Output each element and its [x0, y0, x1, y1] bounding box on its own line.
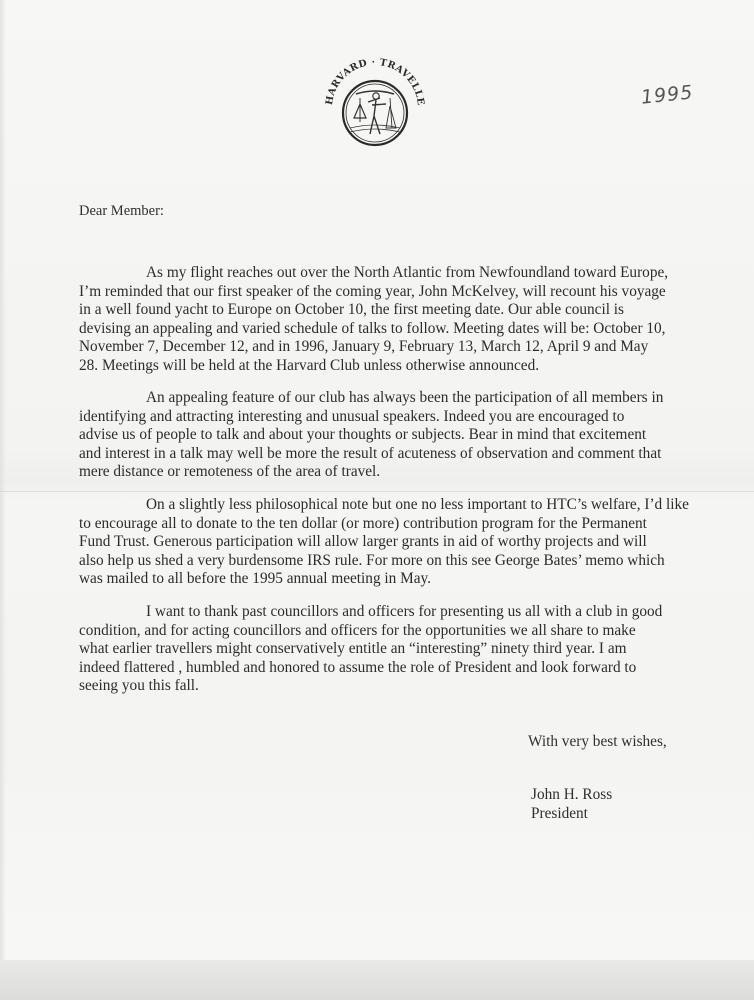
closing-line: With very best wishes,: [528, 733, 667, 751]
text-line: I want to thank past councillors and off…: [79, 603, 719, 622]
text-line: indeed flattered , humbled and honored t…: [79, 659, 719, 678]
paragraph-fund-trust: On a slightly less philosophical note bu…: [79, 496, 719, 589]
letter-page: HARVARD · TRAVELLERS · CLUB 1995 Dear Me…: [0, 0, 754, 1000]
text-line: November 7, December 12, and in 1996, Ja…: [79, 338, 719, 357]
text-line: in a well found yacht to Europe on Octob…: [79, 301, 719, 320]
handwritten-year-annotation: 1995: [640, 81, 694, 108]
text-line: As my flight reaches out over the North …: [79, 264, 719, 283]
text-line: what earlier travellers might conservati…: [79, 640, 719, 659]
paragraph-member-participation: An appealing feature of our club has alw…: [79, 389, 719, 482]
text-line: was mailed to all before the 1995 annual…: [79, 570, 719, 589]
signature-block: John H. Ross President: [531, 786, 612, 823]
text-line: identifying and attracting interesting a…: [79, 408, 719, 427]
signer-title: President: [531, 805, 612, 824]
paragraph-speaker-schedule: As my flight reaches out over the North …: [79, 264, 719, 376]
text-line: An appealing feature of our club has alw…: [79, 389, 719, 408]
text-line: to encourage all to donate to the ten do…: [79, 515, 719, 534]
text-line: condition, and for acting councillors an…: [79, 622, 719, 641]
text-line: also help us shed a very burdensome IRS …: [79, 552, 719, 571]
paragraph-thanks: I want to thank past councillors and off…: [79, 603, 719, 696]
text-line: mere distance or remoteness of the area …: [79, 463, 719, 482]
paper-bottom-fold: [0, 960, 754, 1000]
text-line: I’m reminded that our first speaker of t…: [79, 283, 719, 302]
text-line: seeing you this fall.: [79, 677, 719, 696]
text-line: On a slightly less philosophical note bu…: [79, 496, 719, 515]
salutation: Dear Member:: [79, 203, 164, 220]
club-seal-icon: HARVARD · TRAVELLERS · CLUB: [310, 58, 440, 158]
paper-fold-crease: [0, 491, 754, 493]
signer-name: John H. Ross: [531, 786, 612, 805]
text-line: and interest in a talk may well be more …: [79, 445, 719, 464]
text-line: Fund Trust. Generous participation will …: [79, 533, 719, 552]
text-line: devising an appealing and varied schedul…: [79, 320, 719, 339]
paper-edge-shadow: [0, 0, 6, 1000]
text-line: advise us of people to talk and about yo…: [79, 426, 719, 445]
text-line: 28. Meetings will be held at the Harvard…: [79, 357, 719, 376]
